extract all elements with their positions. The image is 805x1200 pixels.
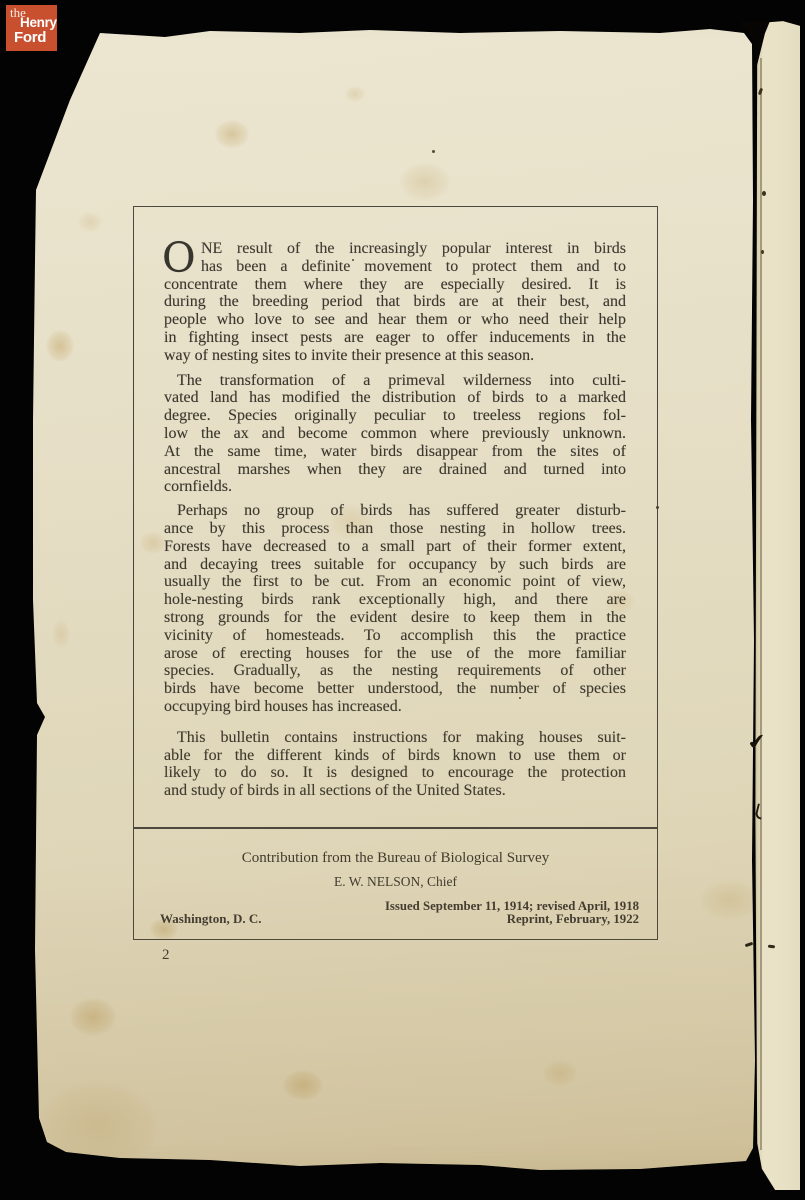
text-line: vated land has modified the distribution… [164,389,626,407]
text-line: able for the different kinds of birds kn… [164,747,626,765]
text-line: degree. Species originally peculiar to t… [164,407,626,425]
text-line: The transformation of a primeval wildern… [164,372,626,390]
text-line: likely to do so. It is designed to encou… [164,764,626,782]
paper-stain [52,620,70,648]
drop-cap: O [162,241,196,275]
text-border-box: ONE result of the increasingly popular i… [133,206,658,940]
text-line: has been a definite movement to protect … [164,258,626,276]
paragraph: This bulletin contains instructions for … [164,729,626,800]
footer-divider-rule [134,827,657,829]
text-line: way of nesting sites to invite their pre… [164,347,626,365]
text-line: usually the first to be cut. From an eco… [164,573,626,591]
text-line: cornfields. [164,478,626,496]
text-line: birds have become better understood, the… [164,680,626,698]
text-line: concentrate them where they are especial… [164,276,626,294]
text-line: At the same time, water birds disappear … [164,443,626,461]
body-text: ONE result of the increasingly popular i… [164,240,626,800]
paragraph: The transformation of a primeval wildern… [164,372,626,497]
paper-stain [38,1080,158,1170]
paper-stain [215,120,249,148]
text-line: vicinity of homesteads. To accomplish th… [164,627,626,645]
paper-stain [46,330,74,362]
text-line: arose of erecting houses for the use of … [164,645,626,663]
paragraph: ONE result of the increasingly popular i… [164,240,626,365]
text-line: during the breeding period that birds ar… [164,293,626,311]
paper-stain [700,880,760,920]
paper-stain [78,212,102,232]
text-line: strong grounds for the evident desire to… [164,609,626,627]
text-line: NE result of the increasingly popular in… [164,240,626,258]
dust-speck [432,150,435,153]
text-line: low the ax and become common where previ… [164,425,626,443]
paper-stain [400,163,450,201]
reprint-date-line: Reprint, February, 1922 [507,912,639,927]
text-line: people who love to see and hear them or … [164,311,626,329]
page-crease [760,58,762,1150]
page-number: 2 [162,947,170,964]
text-line: occupying bird houses has increased. [164,698,626,716]
text-line: Forests have decreased to a small part o… [164,538,626,556]
text-line: ancestral marshes when they are drained … [164,461,626,479]
paper-stain [70,998,116,1036]
scanned-document-view: ONE result of the increasingly popular i… [0,0,805,1200]
chief-line: E. W. NELSON, Chief [134,874,657,890]
place-line: Washington, D. C. [160,911,262,927]
text-line: in fighting insect pests are eager to of… [164,329,626,347]
logo-word-ford: Ford [14,29,46,46]
contribution-line: Contribution from the Bureau of Biologic… [134,850,657,867]
document-page: ONE result of the increasingly popular i… [0,0,805,1200]
text-line: hole-nesting birds rank exceptionally hi… [164,591,626,609]
text-line: species. Gradually, as the nesting requi… [164,662,626,680]
text-line: ance by this process than those nesting … [164,520,626,538]
text-line: This bulletin contains instructions for … [164,729,626,747]
text-line: and decaying trees suitable for occupanc… [164,556,626,574]
logo-word-henry: Henry [20,15,57,30]
paper-stain [283,1070,323,1100]
paragraph: Perhaps no group of birds has suffered g… [164,502,626,716]
text-line: and study of birds in all sections of th… [164,782,626,800]
paper-stain [345,86,365,102]
henry-ford-logo: the Henry Ford [6,5,57,51]
text-line: Perhaps no group of birds has suffered g… [164,502,626,520]
paper-stain [543,1060,577,1086]
